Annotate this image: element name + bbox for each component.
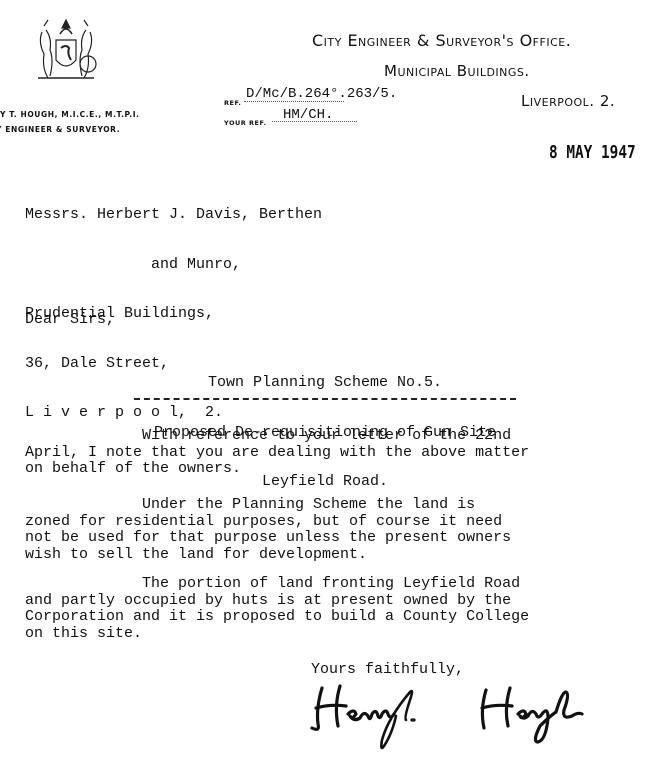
salutation: Dear Sirs, — [25, 312, 115, 329]
subject-heading: Town Planning Scheme No.5. Proposed De-r… — [100, 342, 550, 507]
coat-of-arms-icon — [30, 12, 102, 88]
body-paragraph: Under the Planning Scheme the land is zo… — [25, 497, 511, 563]
subject-line: Town Planning Scheme No.5. — [100, 375, 550, 392]
your-ref-label: YOUR REF. — [224, 119, 266, 127]
ref-label: REF. — [224, 99, 241, 107]
city-heading: Liverpool. 2. — [521, 92, 615, 110]
your-ref-dotted-line — [272, 121, 357, 122]
body-paragraph: The portion of land fronting Leyfield Ro… — [25, 576, 529, 642]
date-stamp: 8 MAY 1947 — [549, 142, 636, 163]
ref-dotted-line — [244, 101, 344, 102]
office-heading: City Engineer & Surveyor's Office. — [312, 31, 571, 50]
engineer-name: RY T. HOUGH, M.I.C.E., M.T.P.I. — [0, 110, 140, 119]
body-paragraph: With reference to your letter of the 22n… — [25, 428, 529, 478]
address-line: Messrs. Herbert J. Davis, Berthen — [25, 207, 322, 224]
address-line: and Munro, — [25, 257, 322, 274]
subject-underline — [134, 398, 516, 400]
engineer-title: Y ENGINEER & SURVEYOR. — [0, 125, 120, 134]
ref-value: D/Mc/B.264°.263/5. — [246, 86, 397, 102]
handwritten-signature-icon: Henry G. Hough — [300, 680, 620, 750]
closing: Yours faithfully, — [311, 662, 464, 679]
building-heading: Municipal Buildings. — [384, 62, 530, 80]
